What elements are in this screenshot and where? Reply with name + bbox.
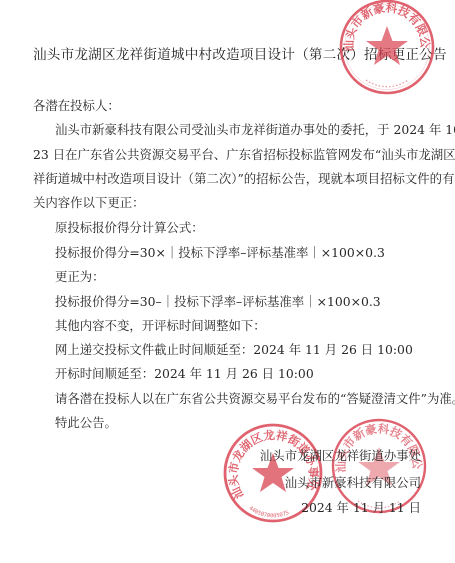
svg-text:汕头市新豪科技有限公司: 汕头市新豪科技有限公司 <box>338 0 432 52</box>
paragraph-line: 汕头市新豪科技有限公司受汕头市龙祥街道办事处的委托，于 2024 年 10 月 <box>55 122 455 138</box>
salutation: 各潜在投标人： <box>33 98 120 114</box>
issue-date: 2024 年 11 月 11 日 <box>301 500 421 516</box>
issuer-agency: 汕头市新豪科技有限公司 <box>285 475 421 491</box>
issuer-office: 汕头市龙湖区龙祥街道办事处 <box>260 448 421 464</box>
svg-text:汕头市新豪科技有限公司: 汕头市新豪科技有限公司 <box>330 417 424 473</box>
corrected-formula: 投标报价得分=30–｜投标下浮率–评标基准率｜×100×0.3 <box>55 294 381 310</box>
closing-remark: 特此公告。 <box>55 415 117 431</box>
original-formula-label: 原投标报价得分计算公式： <box>55 220 204 236</box>
unchanged-note: 其他内容不变，开评标时间调整如下： <box>55 318 266 334</box>
announcement-page: 汕头市新豪科技有限公司 汕头市龙湖区龙祥街道城中村改造项目设计（第二次）招标更正… <box>0 0 455 563</box>
paragraph-line: 祥街道城中村改造项目设计（第二次）”的招标公告，现就本项目招标文件的有 <box>33 171 454 187</box>
opening-time: 开标时间顺延至：2024 年 11 月 26 日 10:00 <box>55 366 314 382</box>
reference-note: 请各潜在投标人以在广东省公共资源交易平台发布的“答疑澄清文件”为准。 <box>55 391 455 407</box>
paragraph-line: 关内容作以下更正： <box>33 195 145 211</box>
original-formula: 投标报价得分=30×｜投标下浮率–评标基准率｜×100×0.3 <box>55 245 385 261</box>
page-title: 汕头市龙湖区龙祥街道城中村改造项目设计（第二次）招标更正公告 <box>33 46 425 64</box>
svg-text:4405070005075: 4405070005075 <box>248 505 291 519</box>
paragraph-line: 23 日在广东省公共资源交易平台、广东省招标投标监管网发布“汕头市龙湖区龙 <box>33 147 455 163</box>
corrected-formula-label: 更正为： <box>55 269 105 285</box>
submission-deadline: 网上递交投标文件截止时间顺延至：2024 年 11 月 26 日 10:00 <box>55 342 413 358</box>
